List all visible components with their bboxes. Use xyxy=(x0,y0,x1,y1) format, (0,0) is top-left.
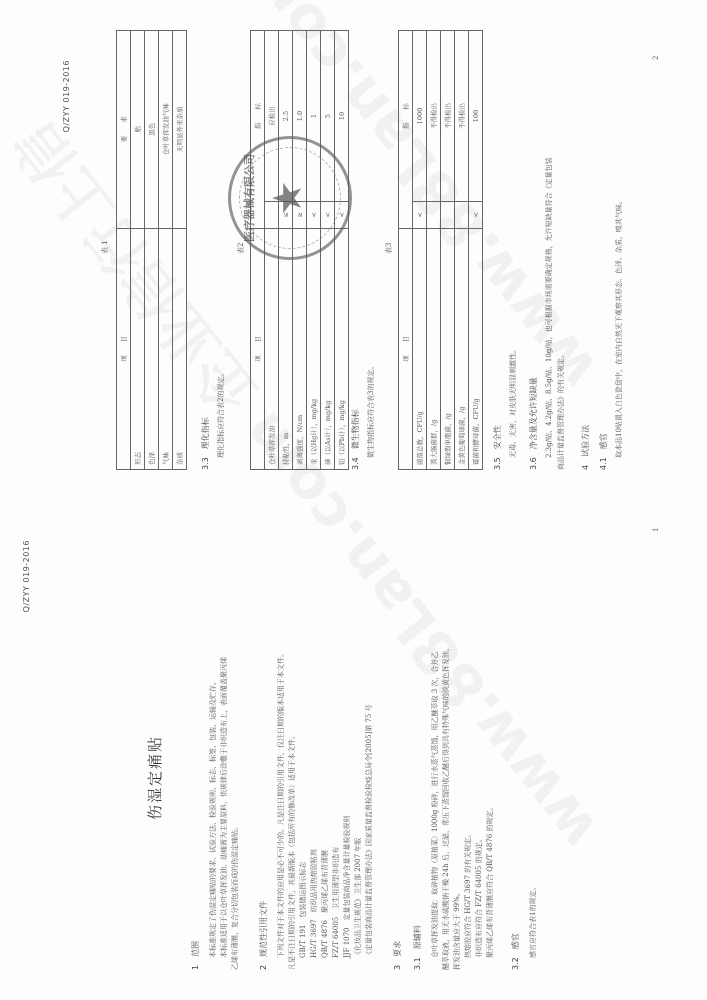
section-heading: 3.3 理化指标 xyxy=(200,417,211,470)
table-header: 要 求 xyxy=(117,31,131,229)
document-title: 伤湿定痛贴 xyxy=(144,735,165,820)
table-row: 铜绿假单胞菌，/g不得检出 xyxy=(441,31,455,470)
table-row: 色泽黑色 xyxy=(145,31,159,470)
reference-item: 《化妆品卫生规范》卫生部 2007 年版 xyxy=(353,838,364,958)
page-1: Q/ZYY 019-2016 伤湿定痛贴 1 范围 本标准规定了伤湿定痛贴的要求… xyxy=(0,500,707,1000)
section-heading: 3.4 微生物指标 xyxy=(350,409,361,470)
paragraph: 凡是不注日期的引用文件，其最新版本（包括所有的修改单）适用于本文件。 xyxy=(287,732,298,970)
reference-item: 《定量包装商品计量监督管理办法》国家质量监督检验检疫总局令[2005]第 75 … xyxy=(364,704,375,958)
reference-item: FZ/T 64005 卫生用薄型非织造布 xyxy=(331,847,342,958)
table-caption: 表3 xyxy=(384,243,394,254)
reference-item: QB/T 4876 聚丙烯乙烯布背薄膜 xyxy=(320,850,331,958)
paragraph: 热熔胶应符合 HG/T 3697 的有关规定。 xyxy=(463,831,474,958)
paragraph: 微生物指标应符合表3的规定。 xyxy=(366,363,377,458)
paragraph: 非织造布应符合 FZ/T 64005 的规定。 xyxy=(474,835,485,958)
paragraph: 挥发油含量应大于 99%。 xyxy=(452,889,463,970)
section-heading: 4 试验方法 xyxy=(580,425,591,470)
table-row: 粪大肠菌群，/g不得检出 xyxy=(427,31,441,470)
standard-code: Q/ZYY 019-2016 xyxy=(62,60,71,132)
page-number: 1 xyxy=(652,528,660,532)
table-row: 杂质无明显外来杂质 xyxy=(173,31,187,470)
paragraph: 下列文件对于本文件的应用是必不可少的。凡是注日期的引用文件，仅注日期的版本适用于… xyxy=(276,650,287,958)
paragraph: 感官应符合表1的规定。 xyxy=(528,884,539,958)
table-header: 项 目 xyxy=(117,228,131,469)
table-row: 形态贴 xyxy=(131,31,145,470)
paragraph: 取本品10贴置入白色瓷盘中，在室内自然光下观察其形态、色泽、杂质，嗅其气味。 xyxy=(614,197,625,458)
reference-item: HG/T 3697 纺织品用热熔胶粘剂 xyxy=(309,849,320,958)
section-heading: 3.5 安全性 xyxy=(492,425,503,470)
company-seal: 医疗器械有限公司 ★ xyxy=(228,136,352,260)
reference-item: GB/T 191 包装储运图示标志 xyxy=(298,862,309,958)
table-row: 霉菌和酵母菌，CFU/g<100 xyxy=(469,31,483,470)
star-icon: ★ xyxy=(265,139,311,257)
page-number: 2 xyxy=(652,56,660,60)
section-heading: 3 要求 xyxy=(392,941,403,970)
rotated-scan: www.88Lan.com 企业信行上信 www.88Lan.com 企业信行上… xyxy=(0,0,707,1000)
paragraph: 无毒、无害，对皮肤无明显刺激性。 xyxy=(508,346,519,458)
table-row: 菌落总数，CFU/g<1000 xyxy=(413,31,427,470)
seal-text: 医疗器械有限公司 xyxy=(241,139,257,257)
table-1-sensory: 项 目要 求 形态贴 色泽黑色 气味仓叶草挥发油气味 杂质无明显外来杂质 xyxy=(116,30,187,470)
section-heading: 4.1 感官 xyxy=(598,433,609,470)
table-row: 铅（以Pb计），mg/kg<10 xyxy=(335,31,349,470)
paragraph: 本标准规定了伤湿定痛贴的要求、试验方法、检验规则、标志、标签、包装、运输及贮存。 xyxy=(208,678,219,958)
section-heading: 1 范围 xyxy=(190,941,201,970)
paragraph: 乙烯布薄膜，复合分切包装而成的伤湿定痛贴。 xyxy=(230,823,241,970)
paragraph: 商品计量监督管理办法》的有关规定。 xyxy=(556,351,567,470)
paragraph: 仓叶草挥发油提取：取碎植物（原植菜）1000g 粉碎，进行水蒸气蒸馏，用乙醚萃取… xyxy=(430,652,441,958)
reference-item: JJF 1070 定量包装商品净含量计量检验规则 xyxy=(342,815,353,958)
section-heading: 3.2 感官 xyxy=(510,933,521,970)
paragraph: 本标准适用于以仓叶草挥发油、劫痛膏为主要原料，依规律后涂敷于非织造布上，表面覆盖… xyxy=(219,657,230,958)
page-2: Q/ZYY 019-2016 表 1 项 目要 求 形态贴 色泽黑色 气味仓叶草… xyxy=(0,0,707,500)
table-caption: 表 1 xyxy=(100,240,110,254)
paragraph: 醚萃取液，用无水硫酸钠干燥 24h 后，过滤，常压下蒸馏回收乙醚后得到具有特殊气… xyxy=(441,644,452,970)
section-heading: 3.1 原辅料 xyxy=(412,925,423,970)
paragraph: 聚丙烯乙烯布背薄膜应符合 QB/T 4876 的规定。 xyxy=(485,804,496,958)
table-3-microbiological: 项 目指 标 菌落总数，CFU/g<1000 粪大肠菌群，/g不得检出 铜绿假单… xyxy=(398,30,483,470)
section-heading: 3.6 净含量及允许短缺量 xyxy=(528,377,539,470)
paragraph: 2.3g/贴、4.2g/贴、8.5g/贴、10g/贴，也可根据市场需要确定规格，… xyxy=(544,157,555,458)
table-row: 气味仓叶草挥发油气味 xyxy=(159,31,173,470)
table-row: 金黄色葡萄球菌，/g不得检出 xyxy=(455,31,469,470)
paragraph: 理化指标应符合表2的规定。 xyxy=(216,370,227,458)
section-heading: 2 规范性引用文件 xyxy=(258,901,269,970)
standard-code: Q/ZYY 019-2016 xyxy=(22,540,31,612)
